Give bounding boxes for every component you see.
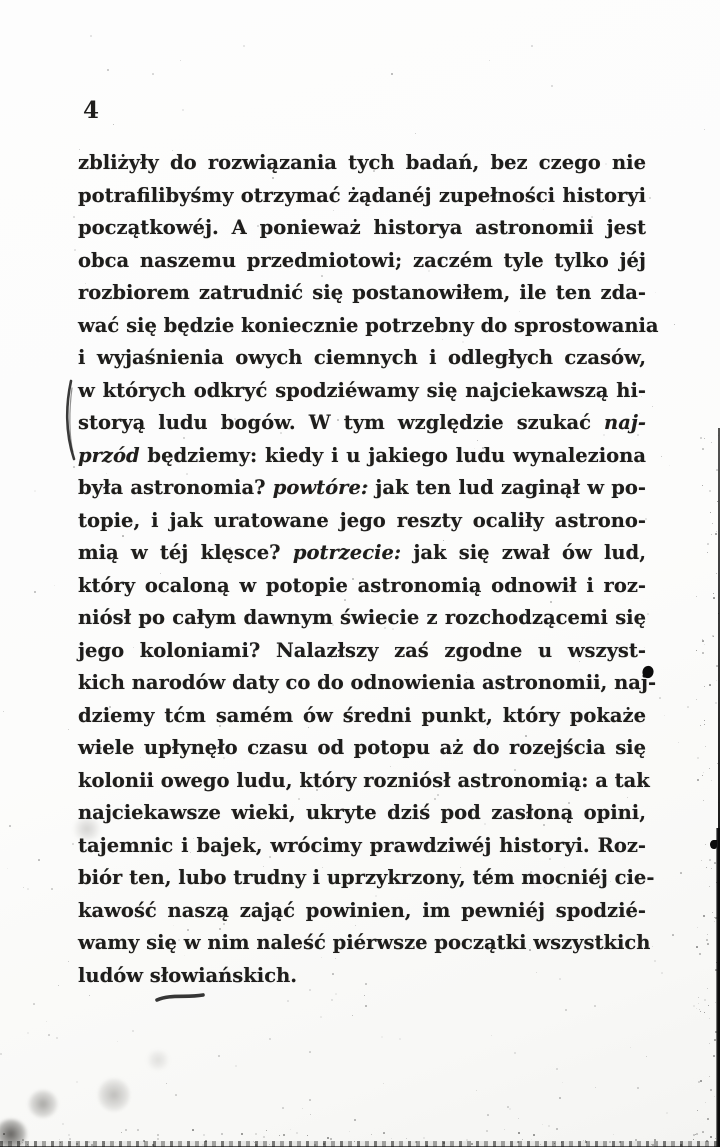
- text-line: biór ten, lubo trudny i uprzykrzony, tém…: [78, 862, 646, 895]
- text-line: obca naszemu przedmiotowi; zaczém tyle t…: [78, 245, 646, 278]
- text-line: tajemnic i bajek, wrócimy prawdziwéj his…: [78, 830, 646, 863]
- scan-edge-right-lower: [716, 828, 720, 1147]
- scan-smudge: [28, 1090, 58, 1118]
- text-line: w których odkryć spodziéwamy się najciek…: [78, 375, 646, 408]
- body-text: jak się zwał ów lud,: [401, 541, 646, 564]
- text-line: kawość naszą zająć powinien, im pewniéj …: [78, 895, 646, 928]
- body-text: obca naszemu przedmiotowi; zaczém tyle t…: [78, 249, 646, 272]
- text-line: najciekawsze wieki, ukryte dziś pod zasł…: [78, 797, 646, 830]
- scan-edge-notch: [710, 840, 717, 849]
- text-line: była astronomia? powtóre: jak ten lud za…: [78, 472, 646, 505]
- scan-smudge: [98, 1078, 130, 1112]
- underline-mark: [157, 995, 203, 1000]
- text-line: kich narodów daty co do odnowienia astro…: [78, 667, 646, 700]
- body-text: kich narodów daty co do odnowienia astro…: [78, 671, 656, 694]
- text-line: mią w téj klęsce? potrzecie: jak się zwa…: [78, 537, 646, 570]
- text-line: i wyjaśnienia owych ciemnych i odległych…: [78, 342, 646, 375]
- body-text: kolonii owego ludu, który rozniósł astro…: [78, 769, 650, 792]
- text-line: wamy się w nim naleść piérwsze początki …: [78, 927, 646, 960]
- body-text: biór ten, lubo trudny i uprzykrzony, tém…: [78, 866, 654, 889]
- text-line: początkowéj. A ponieważ historya astrono…: [78, 212, 646, 245]
- margin-pen-mark-tail: [70, 388, 73, 452]
- text-line: wać się będzie koniecznie potrzebny do s…: [78, 310, 646, 343]
- text-line: zbliżyły do rozwiązania tych badań, bez …: [78, 147, 646, 180]
- scan-edge-bottom: [0, 1141, 720, 1147]
- text-line: topie, i jak uratowane jego reszty ocali…: [78, 505, 646, 538]
- body-text: zbliżyły do rozwiązania tych badań, bez …: [78, 151, 646, 174]
- body-text: będziemy: kiedy i u jakiego ludu wynalez…: [140, 444, 646, 467]
- text-line: przód będziemy: kiedy i u jakiego ludu w…: [78, 440, 646, 473]
- text-block: zbliżyły do rozwiązania tych badań, bez …: [78, 147, 646, 992]
- body-text: początkowéj. A ponieważ historya astrono…: [78, 216, 646, 239]
- body-text: w których odkryć spodziéwamy się najciek…: [78, 379, 646, 402]
- body-text: który ocaloną w potopie astronomią odnow…: [78, 574, 646, 597]
- page: 4 zbliżyły do rozwiązania tych badań, be…: [0, 0, 720, 1147]
- text-line: potrafilibyśmy otrzymać żądanéj zupełnoś…: [78, 180, 646, 213]
- text-line: który ocaloną w potopie astronomią odnow…: [78, 570, 646, 603]
- body-text: tajemnic i bajek, wrócimy prawdziwéj his…: [78, 834, 646, 857]
- body-text: wać się będzie koniecznie potrzebny do s…: [78, 314, 659, 337]
- body-text: potrafilibyśmy otrzymać żądanéj zupełnoś…: [78, 184, 646, 207]
- body-text: ludów słowiańskich.: [78, 964, 297, 987]
- body-text: wiele upłynęło czasu od potopu aż do roz…: [78, 736, 646, 759]
- body-text: mią w téj klęsce?: [78, 541, 293, 564]
- body-text: była astronomia?: [78, 476, 273, 499]
- emphasized-text: naj-: [604, 411, 646, 434]
- body-text: storyą ludu bogów. W tym względzie szuka…: [78, 411, 604, 434]
- page-number: 4: [83, 97, 99, 124]
- emphasized-text: przód: [78, 444, 140, 467]
- body-text: jego koloniami? Nalazłszy zaś zgodne u w…: [78, 639, 646, 662]
- text-line: niósł po całym dawnym świecie z rozchodz…: [78, 602, 646, 635]
- body-text: niósł po całym dawnym świecie z rozchodz…: [78, 606, 646, 629]
- text-line: kolonii owego ludu, który rozniósł astro…: [78, 765, 646, 798]
- body-text: i wyjaśnienia owych ciemnych i odległych…: [78, 346, 646, 369]
- body-text: najciekawsze wieki, ukryte dziś pod zasł…: [78, 801, 646, 824]
- margin-pen-mark: [67, 381, 74, 459]
- text-line: storyą ludu bogów. W tym względzie szuka…: [78, 407, 646, 440]
- text-line: jego koloniami? Nalazłszy zaś zgodne u w…: [78, 635, 646, 668]
- text-line: ludów słowiańskich.: [78, 960, 646, 993]
- text-line: rozbiorem zatrudnić się postanowiłem, il…: [78, 277, 646, 310]
- scan-smudge: [145, 1050, 171, 1070]
- body-text: dziemy tćm samém ów średni punkt, który …: [78, 704, 646, 727]
- emphasized-text: powtóre:: [273, 476, 368, 499]
- body-text: topie, i jak uratowane jego reszty ocali…: [78, 509, 646, 532]
- body-text: rozbiorem zatrudnić się postanowiłem, il…: [78, 281, 646, 304]
- emphasized-text: potrzecie:: [293, 541, 401, 564]
- text-line: wiele upłynęło czasu od potopu aż do roz…: [78, 732, 646, 765]
- text-line: dziemy tćm samém ów średni punkt, który …: [78, 700, 646, 733]
- body-text: kawość naszą zająć powinien, im pewniéj …: [78, 899, 646, 922]
- body-text: wamy się w nim naleść piérwsze początki …: [78, 931, 650, 954]
- body-text: jak ten lud zaginął w po-: [368, 476, 646, 499]
